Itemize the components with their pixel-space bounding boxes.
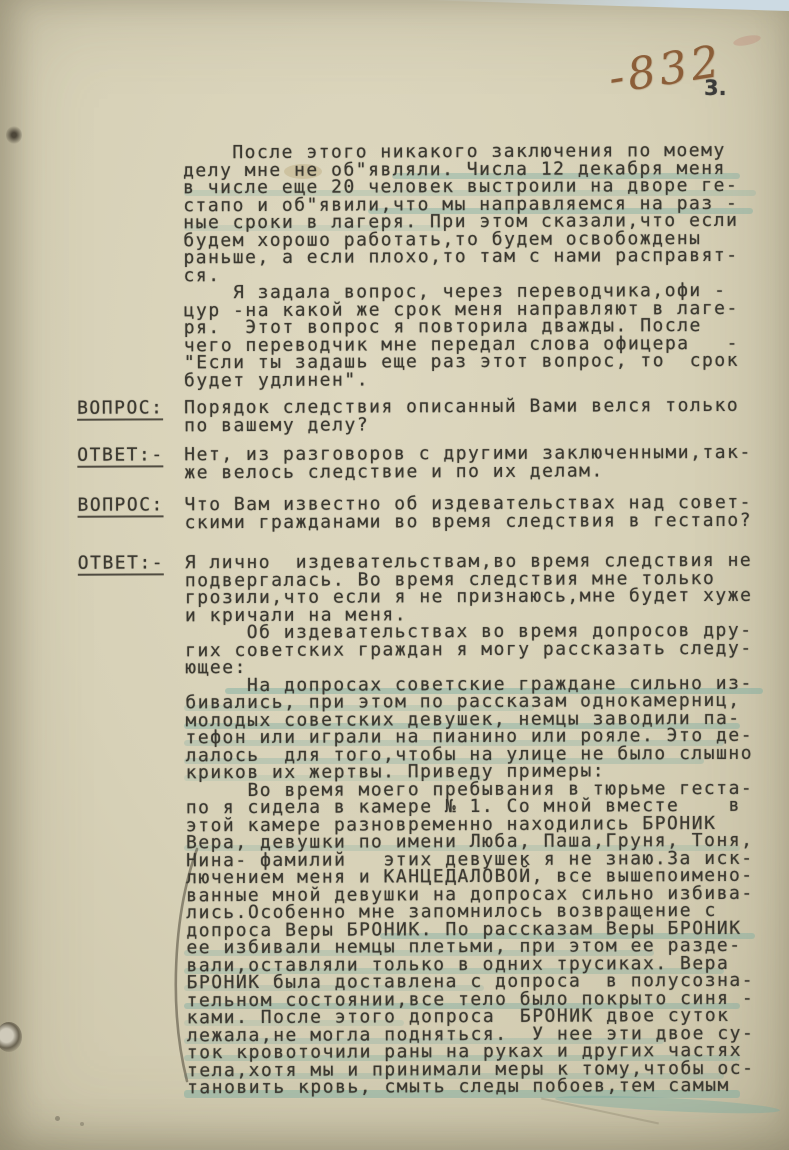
- answer-text: Нет, из разговоров с другими заключенным…: [184, 444, 769, 482]
- paragraph: После этого никакого заключения по моему…: [183, 142, 769, 285]
- question-text: Порядок следствия описанный Вами велся т…: [184, 397, 769, 435]
- scanner-edge: [419, 0, 789, 11]
- qa-block: ВОПРОС: Порядок следствия описанный Вами…: [184, 397, 769, 435]
- question-label: ВОПРОС:: [77, 399, 163, 420]
- ink-stain: [6, 126, 22, 144]
- typed-text-block: После этого никакого заключения по моему…: [183, 142, 772, 1097]
- answer-label: ОТВЕТ:-: [77, 446, 163, 467]
- paper-speck: [55, 1116, 60, 1121]
- paragraph: Я задала вопрос, через переводчика,офи -…: [184, 282, 769, 390]
- answer-label: ОТВЕТ:-: [78, 554, 164, 575]
- question-text: Что Вам известно об издевательствах над …: [184, 494, 769, 532]
- question-label: ВОПРОС:: [77, 496, 163, 517]
- qa-block: ВОПРОС: Что Вам известно об издевательст…: [184, 494, 769, 532]
- paper-speck: [80, 1122, 84, 1126]
- page-number-stamp: 3.: [704, 76, 727, 100]
- paper-hole: [0, 1022, 22, 1052]
- qa-block: ОТВЕТ:- Я лично издевательствам,во время…: [185, 552, 772, 1097]
- qa-block: ОТВЕТ:- Нет, из разговоров с другими зак…: [184, 444, 769, 482]
- scanned-document-page: -832 3. После этого ни: [0, 0, 789, 1150]
- answer-text: Я лично издевательствам,во время следств…: [185, 552, 772, 1097]
